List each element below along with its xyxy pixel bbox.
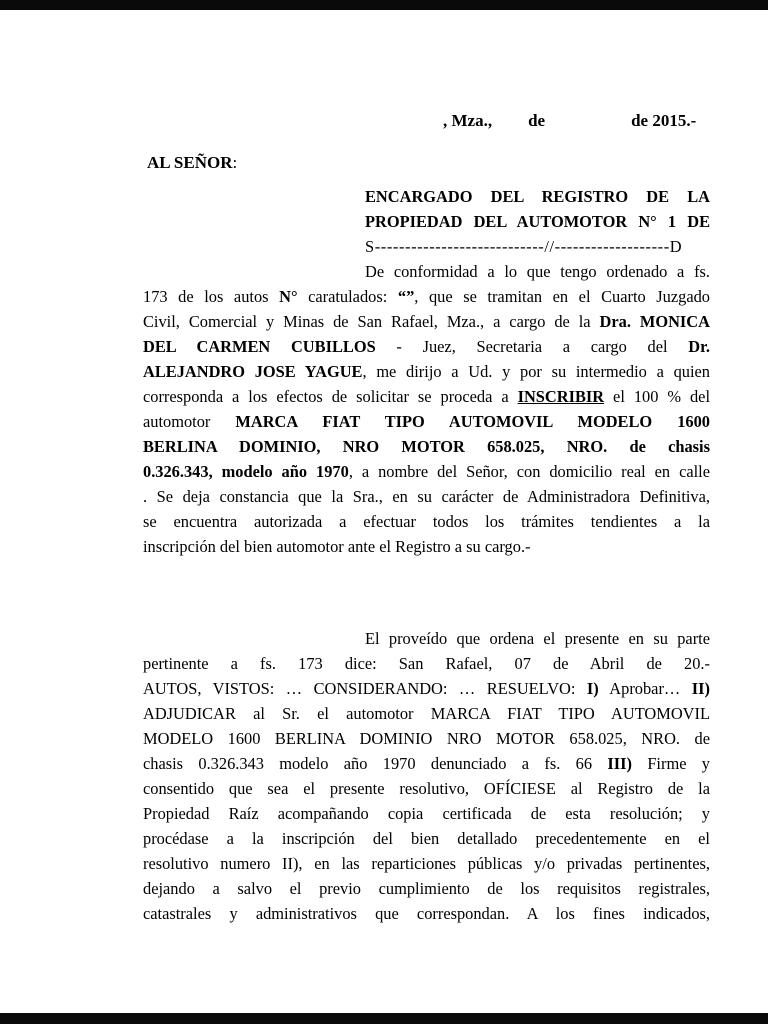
text-line: ENCARGADO DEL REGISTRO DE LA [365,184,710,209]
text-line: Propiedad Raíz acompañando copia certifi… [143,801,710,826]
text-line: resolutivo numero II), en las reparticio… [143,851,710,876]
salutation-line: AL SEÑOR: [147,153,237,173]
text-line: inscripción del bien automotor ante el R… [143,534,710,559]
text-line: MODELO 1600 BERLINA DOMINIO NRO MOTOR 65… [143,726,710,751]
text-line: chasis 0.326.343 modelo año 1970 denunci… [143,751,710,776]
text-line: PROPIEDAD DEL AUTOMOTOR N° 1 DE [365,209,710,234]
date-line: , Mza.,dede 2015.- [443,111,696,131]
text-line: ALEJANDRO JOSE YAGUE, me dirijo a Ud. y … [143,359,710,384]
paragraph-court-resolution: El proveído que ordena el presente en su… [143,626,710,926]
text-line: 0.326.343, modelo año 1970, a nombre del… [143,459,710,484]
text-line: De conformidad a lo que tengo ordenado a… [143,259,710,284]
paragraph-inscription-request: ENCARGADO DEL REGISTRO DE LAPROPIEDAD DE… [143,184,710,559]
text-line: . Se deja constancia que la Sra., en su … [143,484,710,509]
text-line: corresponda a los efectos de solicitar s… [143,384,710,409]
letter-body: ENCARGADO DEL REGISTRO DE LAPROPIEDAD DE… [143,184,710,926]
text-line: se encuentra autorizada a efectuar todos… [143,509,710,534]
text-line: dejando a salvo el previo cumplimiento d… [143,876,710,901]
date-year: de 2015.- [631,111,696,130]
text-line: S----------------------------//---------… [365,234,710,259]
text-line: BERLINA DOMINIO, NRO MOTOR 658.025, NRO.… [143,434,710,459]
text-line: El proveído que ordena el presente en su… [143,626,710,651]
text-line: consentido que sea el presente resolutiv… [143,776,710,801]
salutation-label: AL SEÑOR [147,153,233,172]
text-line: pertinente a fs. 173 dice: San Rafael, 0… [143,651,710,676]
date-day-preposition: de [528,111,545,130]
text-line: automotor MARCA FIAT TIPO AUTOMOVIL MODE… [143,409,710,434]
text-line: procédase a la inscripción del bien deta… [143,826,710,851]
text-line: ADJUDICAR al Sr. el automotor MARCA FIAT… [143,701,710,726]
text-line: AUTOS, VISTOS: … CONSIDERANDO: … RESUELV… [143,676,710,701]
viewer-top-bar [0,0,768,10]
text-line: catastrales y administrativos que corres… [143,901,710,926]
viewer-bottom-bar [0,1013,768,1024]
salutation-colon: : [233,153,238,172]
text-line: DEL CARMEN CUBILLOS - Juez, Secretaria a… [143,334,710,359]
text-line: 173 de los autos N° caratulados: “”, que… [143,284,710,309]
text-line: Civil, Comercial y Minas de San Rafael, … [143,309,710,334]
date-place: , Mza., [443,111,492,130]
